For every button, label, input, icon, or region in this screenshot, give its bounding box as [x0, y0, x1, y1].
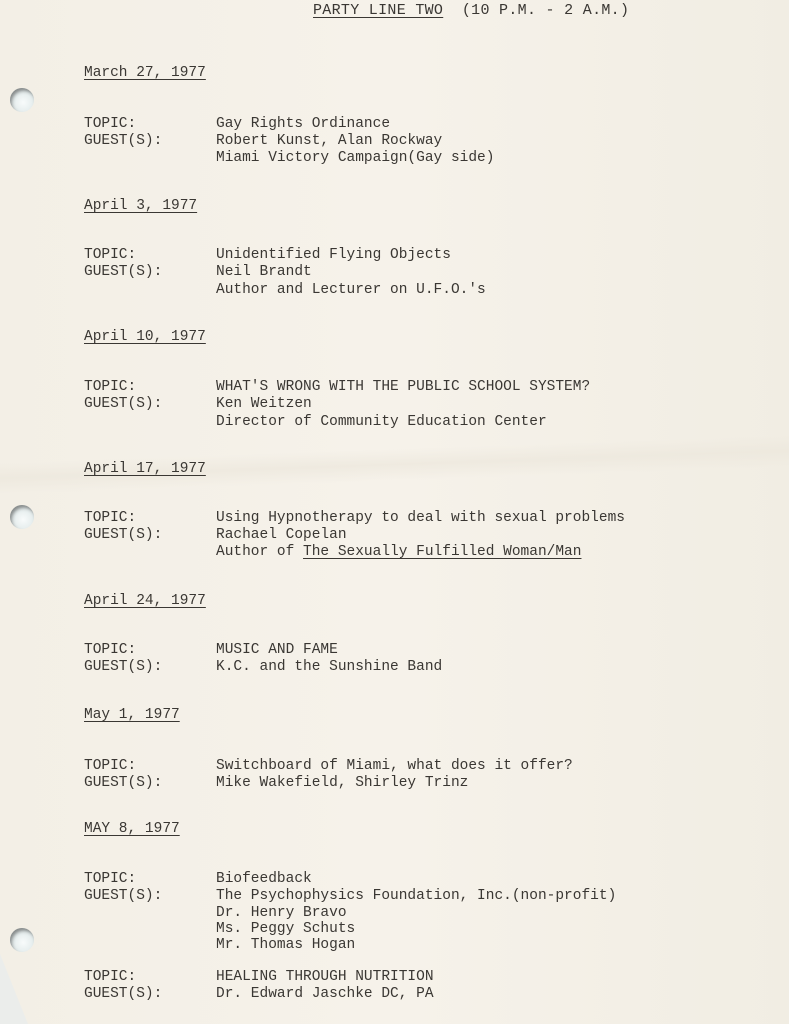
topic-label: TOPIC:: [84, 968, 216, 986]
document-header: PARTY LINE TWO (10 P.M. - 2 A.M.): [313, 2, 629, 19]
entry-date: April 17, 1977: [84, 461, 206, 477]
topic-row: TOPIC:HEALING THROUGH NUTRITION: [84, 968, 434, 986]
guests-label: GUEST(S):: [84, 887, 216, 905]
topic-label: TOPIC:: [84, 115, 216, 133]
guests-row: GUEST(S):K.C. and the Sunshine Band: [84, 658, 442, 676]
guest-line: Mr. Thomas Hogan: [216, 936, 355, 954]
guests-row: GUEST(S):Neil Brandt: [84, 263, 312, 281]
topic-row: TOPIC:Biofeedback: [84, 870, 312, 888]
topic-row: TOPIC:MUSIC AND FAME: [84, 641, 338, 659]
guest-line: Dr. Edward Jaschke DC, PA: [216, 985, 434, 1003]
topic-value: WHAT'S WRONG WITH THE PUBLIC SCHOOL SYST…: [216, 378, 590, 396]
punch-hole-middle: [10, 505, 34, 529]
guest-line: The Psychophysics Foundation, Inc.(non-p…: [216, 887, 616, 905]
guest-line: Robert Kunst, Alan Rockway: [216, 132, 442, 150]
guest-note-prefix: Author of: [216, 544, 303, 560]
topic-row: TOPIC:Switchboard of Miami, what does it…: [84, 757, 573, 775]
paper-page: PARTY LINE TWO (10 P.M. - 2 A.M.) March …: [0, 0, 789, 1024]
entry-date: April 10, 1977: [84, 329, 206, 345]
guest-line: Mike Wakefield, Shirley Trinz: [216, 774, 468, 792]
guests-label: GUEST(S):: [84, 658, 216, 676]
entry-date: April 24, 1977: [84, 593, 206, 609]
topic-value: Switchboard of Miami, what does it offer…: [216, 757, 573, 775]
topic-row: TOPIC:Using Hypnotherapy to deal with se…: [84, 509, 625, 527]
guest-note: Author of The Sexually Fulfilled Woman/M…: [216, 543, 581, 561]
time-range: (10 P.M. - 2 A.M.): [462, 2, 629, 19]
topic-value: Biofeedback: [216, 870, 312, 888]
topic-label: TOPIC:: [84, 870, 216, 888]
folded-corner: [0, 954, 28, 1024]
guests-label: GUEST(S):: [84, 395, 216, 413]
topic-label: TOPIC:: [84, 641, 216, 659]
guests-row: GUEST(S):Mike Wakefield, Shirley Trinz: [84, 774, 468, 792]
guests-label: GUEST(S):: [84, 526, 216, 544]
guests-row: GUEST(S):Robert Kunst, Alan Rockway: [84, 132, 442, 150]
topic-label: TOPIC:: [84, 509, 216, 527]
topic-value: Gay Rights Ordinance: [216, 115, 390, 133]
guest-line: K.C. and the Sunshine Band: [216, 658, 442, 676]
guest-line: Author and Lecturer on U.F.O.'s: [216, 281, 486, 299]
guests-row: GUEST(S):Dr. Edward Jaschke DC, PA: [84, 985, 434, 1003]
entry-date: May 1, 1977: [84, 707, 180, 723]
punch-hole-top: [10, 88, 34, 112]
guests-label: GUEST(S):: [84, 132, 216, 150]
entry-date: MAY 8, 1977: [84, 821, 180, 837]
entry-date: April 3, 1977: [84, 198, 197, 214]
guests-label: GUEST(S):: [84, 985, 216, 1003]
entry-date: March 27, 1977: [84, 65, 206, 81]
guests-row: GUEST(S):Rachael Copelan: [84, 526, 347, 544]
guests-label: GUEST(S):: [84, 263, 216, 281]
topic-label: TOPIC:: [84, 378, 216, 396]
guest-line: Director of Community Education Center: [216, 413, 547, 431]
topic-value: Unidentified Flying Objects: [216, 246, 451, 264]
topic-row: TOPIC:Unidentified Flying Objects: [84, 246, 451, 264]
punch-hole-bottom: [10, 928, 34, 952]
topic-value: MUSIC AND FAME: [216, 641, 338, 659]
topic-label: TOPIC:: [84, 757, 216, 775]
topic-value: HEALING THROUGH NUTRITION: [216, 968, 434, 986]
guests-label: GUEST(S):: [84, 774, 216, 792]
document-title: PARTY LINE TWO: [313, 2, 443, 19]
topic-row: TOPIC:WHAT'S WRONG WITH THE PUBLIC SCHOO…: [84, 378, 590, 396]
guests-row: GUEST(S):Ken Weitzen: [84, 395, 312, 413]
guests-row: GUEST(S):The Psychophysics Foundation, I…: [84, 887, 616, 905]
topic-row: TOPIC:Gay Rights Ordinance: [84, 115, 390, 133]
guest-line: Miami Victory Campaign(Gay side): [216, 149, 494, 167]
guest-line: Ken Weitzen: [216, 395, 312, 413]
guest-line: Rachael Copelan: [216, 526, 347, 544]
book-title: The Sexually Fulfilled Woman/Man: [303, 544, 581, 560]
topic-label: TOPIC:: [84, 246, 216, 264]
topic-value: Using Hypnotherapy to deal with sexual p…: [216, 509, 625, 527]
guest-line: Neil Brandt: [216, 263, 312, 281]
